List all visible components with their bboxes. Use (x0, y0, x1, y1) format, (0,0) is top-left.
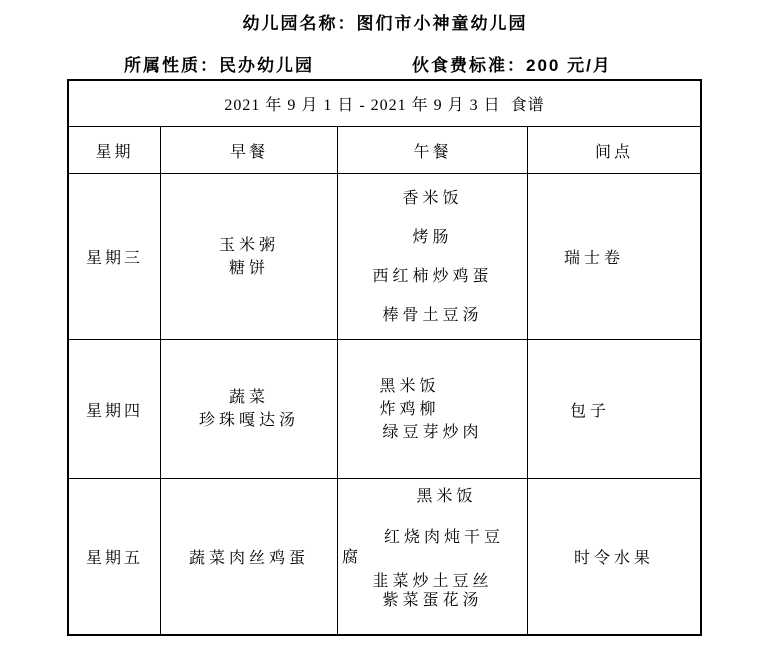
dish-item: 玉米粥 (219, 234, 279, 257)
document-subheader: 所属性质：民办幼儿园 伙食费标准：200 元/月 (0, 51, 770, 73)
dish-item: 紫菜蛋花汤 (342, 591, 523, 610)
document-page: 幼儿园名称：图们市小神童幼儿园 所属性质：民办幼儿园 伙食费标准：200 元/月… (0, 0, 770, 646)
column-header-lunch: 午餐 (338, 127, 528, 174)
dish-item: 时令水果 (574, 545, 654, 568)
dish-item: 西红柿炒鸡蛋 (372, 257, 492, 296)
dish-item: 红烧肉炖干豆腐 (342, 528, 512, 568)
lunch-cell-friday: 黑米饭 红烧肉炖干豆腐 韭菜炒土豆丝 紫菜蛋花汤 (338, 479, 528, 634)
day-cell-wednesday: 星期三 (69, 174, 161, 340)
snack-cell-thursday: 包子 (528, 340, 700, 479)
column-header-day: 星期 (69, 127, 161, 174)
dish-item: 包子 (570, 398, 610, 421)
dish-item: 烤肠 (412, 218, 452, 257)
dish-item: 蔬菜 (229, 386, 269, 409)
lunch-cell-thursday: 黑米饭 炸鸡柳 绿豆芽炒肉 (338, 340, 528, 479)
breakfast-cell-thursday: 蔬菜 珍珠嘎达汤 (161, 340, 338, 479)
lunch-cell-wednesday: 香米饭 烤肠 西红柿炒鸡蛋 棒骨土豆汤 (338, 174, 528, 340)
snack-cell-wednesday: 瑞士卷 (528, 174, 700, 340)
dish-item: 瑞士卷 (564, 245, 624, 268)
ownership-line: 所属性质：民办幼儿园 (124, 51, 314, 76)
dish-item: 香米饭 (402, 179, 462, 218)
day-cell-friday: 星期五 (69, 479, 161, 634)
dish-item: 炸鸡柳 (379, 398, 439, 421)
column-header-breakfast: 早餐 (161, 127, 338, 174)
breakfast-cell-wednesday: 玉米粥 糖饼 (161, 174, 338, 340)
meal-fee-line: 伙食费标准：200 元/月 (412, 51, 612, 76)
dish-item: 黑米饭 (356, 487, 528, 507)
dish-item: 黑米饭 (379, 375, 439, 398)
dish-item: 珍珠嘎达汤 (199, 409, 299, 432)
dish-item: 蔬菜肉丝鸡蛋 (189, 545, 309, 568)
dish-item: 绿豆芽炒肉 (382, 421, 482, 444)
kindergarten-name-line: 幼儿园名称：图们市小神童幼儿园 (0, 9, 770, 34)
table-title: 2021 年 9 月 1 日 - 2021 年 9 月 3 日 食谱 (69, 81, 700, 127)
dish-item: 韭菜炒土豆丝 (342, 572, 523, 591)
menu-table: 2021 年 9 月 1 日 - 2021 年 9 月 3 日 食谱 星期 早餐… (67, 79, 702, 636)
snack-cell-friday: 时令水果 (528, 479, 700, 634)
day-cell-thursday: 星期四 (69, 340, 161, 479)
dish-item: 糖饼 (229, 257, 269, 280)
dish-item: 棒骨土豆汤 (382, 296, 482, 335)
breakfast-cell-friday: 蔬菜肉丝鸡蛋 (161, 479, 338, 634)
column-header-snack: 间点 (528, 127, 700, 174)
